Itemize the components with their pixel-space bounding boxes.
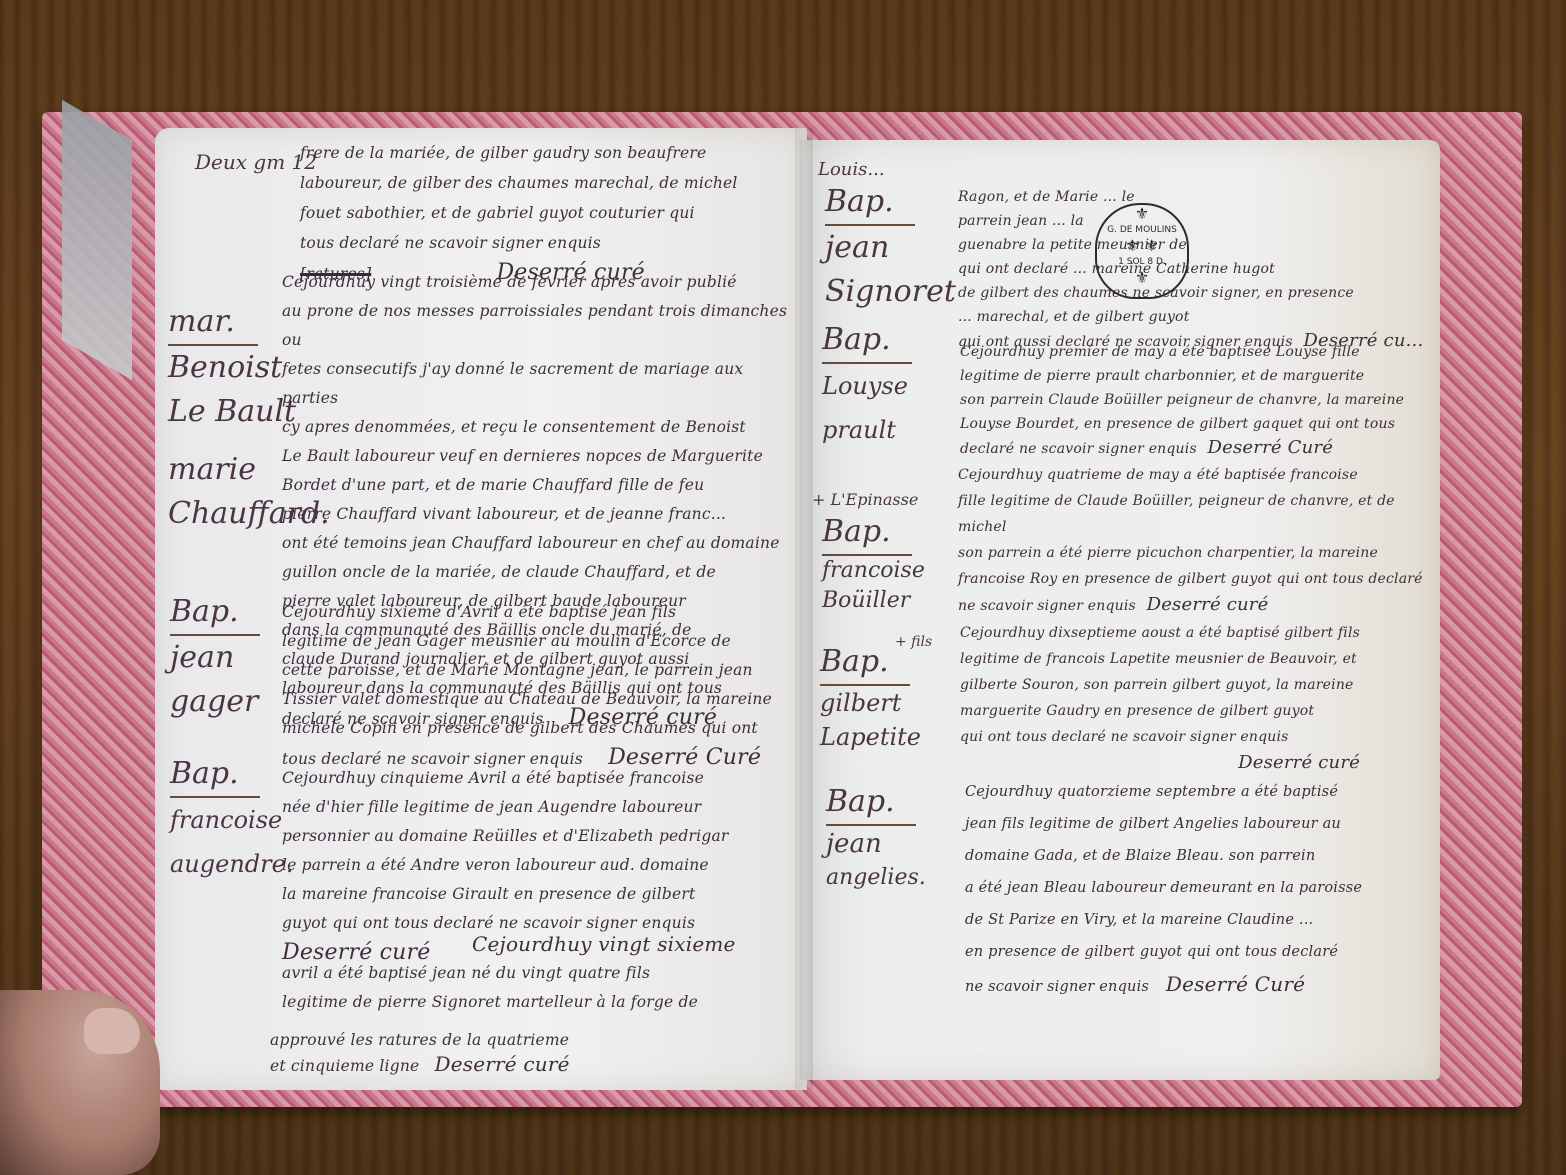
text-line: guenabre la petite meusnier de [958,233,1438,257]
holding-thumb [0,990,160,1175]
text-line: fille legitime de Claude Boüiller, peign… [958,488,1438,540]
margin-name: francoise [170,798,293,842]
margin-name: francoise [822,556,925,586]
thumbnail [84,1008,140,1054]
text-line: francoise Roy en presence de gilbert guy… [958,566,1438,592]
text-line: avril a été baptisé jean né du vingt qua… [282,959,802,988]
text-line: Cejourdhuy quatrieme de may a été baptis… [958,462,1438,488]
margin-note-baptism-francoise-augendre: Bap. francoise augendre. [170,752,293,886]
approval-note: approuvé les ratures de la quatrieme et … [270,1028,690,1078]
text-line: qui ont declaré ... mareine Catherine hu… [958,257,1438,281]
text-line: le parrein a été Andre veron laboureur a… [282,851,802,880]
margin-heading: Bap. [170,752,260,798]
left-top-continuation: frere de la mariée, de gilber gaudry son… [300,138,800,289]
margin-heading: Bap. [825,180,915,226]
text-line: ont été temoins jean Chauffard laboureur… [282,529,802,558]
signature: Deserré Curé [1202,437,1334,458]
margin-name: Boüiller [822,586,925,616]
text-line: Cejourdhuy vingt troisième de fevrier ap… [282,268,802,297]
text-line: frere de la mariée, de gilber gaudry son… [300,138,800,168]
margin-name: Lapetite [820,720,921,754]
text-line: michele Copin en presence de gilbert des… [282,714,802,743]
entry-baptism-gilbert-lapetite: Cejourdhuy dixseptieme aoust a été bapti… [960,620,1440,776]
text-line: legitime de jean Gager meusnier au mouli… [282,627,802,656]
left-top-margin-note: Deux gm 12 [195,140,317,184]
text-line: a été jean Bleau laboureur demeurant en … [965,872,1445,904]
margin-note-baptism-francoise-bouiller: Bap. francoise Boüiller [822,510,925,616]
text-line: ... marechal, et de gilbert guyot [958,305,1438,329]
text-line: marguerite Gaudry en presence de gilbert… [960,698,1440,724]
text-line: Ragon, et de Marie ... le [958,185,1438,209]
text-line: la mareine francoise Girault en presence… [282,880,802,909]
text-line: ne scavoir signer enquis [965,979,1149,995]
text-line: née d'hier fille legitime de jean Augend… [282,793,802,822]
signature: Deserré curé [425,1052,570,1076]
text-line: cy apres denommées, et reçu le consentem… [282,413,802,442]
text-line: Cejourdhuy sixieme d'Avril a été baptisé… [282,598,802,627]
text-line: declaré ne scavoir signer enquis [960,441,1197,457]
text-line: guillon oncle de la mariée, de claude Ch… [282,558,802,587]
margin-name: Signoret [825,270,956,314]
text-line: fouet sabothier, et de gabriel guyot cou… [300,198,800,228]
text-line: qui ont tous declaré ne scavoir signer e… [960,724,1440,750]
text-line: de St Parize en Viry, et la mareine Clau… [965,904,1445,936]
text-line: son parrein Claude Boüiller peigneur de … [960,388,1440,412]
entry-baptism-francoise-bouiller: Cejourdhuy quatrieme de may a été baptis… [958,462,1438,619]
entry-right-continuation: Ragon, et de Marie ... le parrein jean .… [958,185,1438,354]
text-line: son parrein a été pierre picuchon charpe… [958,540,1438,566]
text-line: legitime de francois Lapetite meusnier d… [960,646,1440,672]
text-line: Cejourdhuy vingt sixieme [282,930,802,959]
text-line: Louyse Bourdet, en presence de gilbert g… [960,412,1440,436]
text-line: Le Bault laboureur veuf en dernieres nop… [282,442,802,471]
margin-name: jean [826,826,926,862]
text-line: de gilbert des chaumes ne scavoir signer… [958,281,1438,305]
margin-heading: Bap. [826,780,916,826]
text-line: et cinquieme ligne [270,1057,419,1075]
text-line: Bordet d'une part, et de marie Chauffard… [282,471,802,500]
signature: Deserré curé [960,750,1440,776]
margin-heading: Bap. [822,318,912,364]
text-line: Cejourdhuy premier de may a été baptisée… [960,340,1440,364]
margin-name: Louyse [822,364,912,408]
margin-note-baptism-jean-signoret: Bap. jean Signoret [825,180,956,314]
text-line: approuvé les ratures de la quatrieme [270,1028,690,1052]
margin-heading: Bap. [822,510,912,556]
text-line: parrein jean ... la [958,209,1438,233]
entry-baptism-louyse-prault: Cejourdhuy premier de may a été baptisée… [960,340,1440,461]
text-line: laboureur, de gilber des chaumes marecha… [300,168,800,198]
text-line: domaine Gada, et de Blaize Bleau. son pa… [965,840,1445,872]
text-line: tous declaré ne scavoir signer enquis [300,228,800,258]
margin-note-baptism-jean-angelies: Bap. jean angelies. [826,780,926,894]
text-line: ne scavoir signer enquis [958,598,1136,614]
text-line: pierre Chauffard vivant laboureur, et de… [282,500,802,529]
text-line: Tissier valet domestique au Chateau de B… [282,685,802,714]
entry-baptism-jean-angelies: Cejourdhuy quatorzieme septembre a été b… [965,776,1445,1003]
text-line: jean fils legitime de gilbert Angelies l… [965,808,1445,840]
entry-baptism-jean-signoret: Cejourdhuy vingt sixieme avril a été bap… [282,930,802,1017]
margin-name: gager [170,680,260,724]
text-line: legitime de pierre prault charbonnier, e… [960,364,1440,388]
text-line: au prone de nos messes parroissiales pen… [282,297,802,355]
signature: Deserré curé [1141,594,1269,615]
margin-name: gilbert [820,686,921,720]
text-line: gilberte Souron, son parrein gilbert guy… [960,672,1440,698]
text-line: personnier au domaine Reüilles et d'Eliz… [282,822,802,851]
text-line: fetes consecutifs j'ay donné le sacremen… [282,355,802,413]
margin-note-baptism-gilbert-lapetite: Bap. gilbert Lapetite [820,640,921,754]
margin-heading: Bap. [820,640,910,686]
margin-heading: mar. [168,300,258,346]
margin-name: jean [170,636,260,680]
text-line: en presence de gilbert guyot qui ont tou… [965,936,1445,968]
margin-heading: Bap. [170,590,260,636]
text-line: legitime de pierre Signoret martelleur à… [282,988,802,1017]
margin-name: prault [822,408,912,452]
margin-note-baptism-jean-gager: Bap. jean gager [170,590,260,724]
margin-note-baptism-louyse-prault: Bap. Louyse prault [822,318,912,452]
margin-name: augendre. [170,842,293,886]
cover-corner-flap [62,100,132,380]
text-line: Cejourdhuy quatorzieme septembre a été b… [965,776,1445,808]
text-line: Cejourdhuy cinquieme Avril a été baptisé… [282,764,802,793]
margin-name: angelies. [826,862,926,894]
signature: Deserré Curé [1154,972,1305,996]
text-line: Cejourdhuy dixseptieme aoust a été bapti… [960,620,1440,646]
margin-name: jean [825,226,956,270]
entry-baptism-jean-gager: Cejourdhuy sixieme d'Avril a été baptisé… [282,598,802,774]
text-line: cette paroisse, et de Marie Montagne jea… [282,656,802,685]
